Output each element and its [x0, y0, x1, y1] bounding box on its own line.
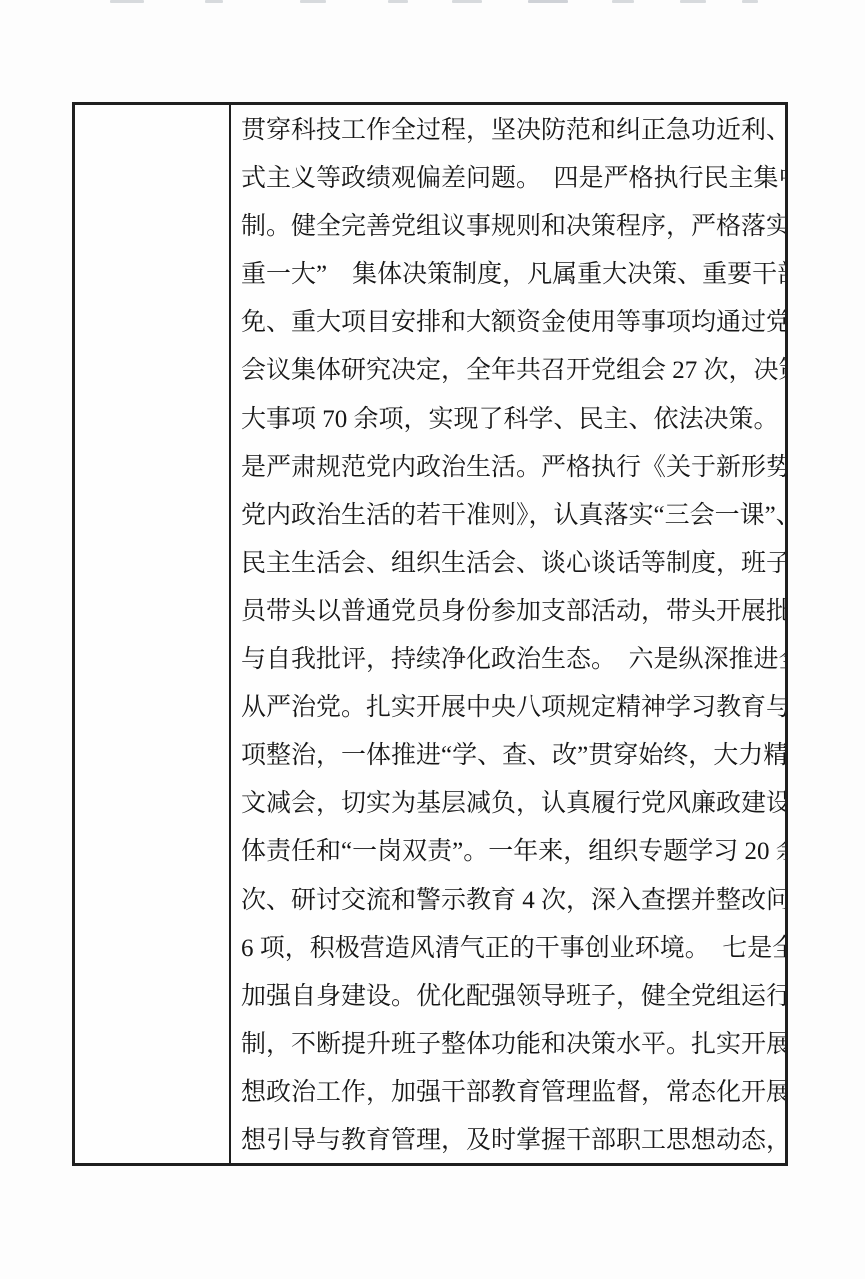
scan-artifact [528, 0, 568, 3]
text-line: 会议集体研究决定，全年共召开党组会 27 次，决策重 [241, 347, 772, 395]
text-line: 体责任和“一岗双责”。一年来，组织专题学习 20 余 [241, 828, 772, 876]
text-line: 是严肃规范党内政治生活。严格执行《关于新形势下 [241, 444, 772, 492]
label-cell [75, 105, 231, 1163]
text-line: 制。健全完善党组议事规则和决策程序，严格落实“三 [241, 203, 772, 251]
text-line: 想引导与教育管理，及时掌握干部职工思想动态，主 [241, 1117, 772, 1163]
scan-artifact [742, 0, 758, 3]
text-line: 制，不断提升班子整体功能和决策水平。扎实开展思 [241, 1021, 772, 1069]
scan-artifact [680, 0, 706, 3]
text-line: 贯穿科技工作全过程，坚决防范和纠正急功近利、形 [241, 107, 772, 155]
text-line: 想政治工作，加强干部教育管理监督，常态化开展思 [241, 1069, 772, 1117]
scan-artifact [388, 0, 408, 3]
scan-artifact [110, 0, 144, 3]
text-line: 免、重大项目安排和大额资金使用等事项均通过党组 [241, 299, 772, 347]
text-line: 民主生活会、组织生活会、谈心谈话等制度，班子成 [241, 540, 772, 588]
text-line: 重一大” 集体决策制度，凡属重大决策、重要干部任 [241, 251, 772, 299]
scan-artifact [300, 0, 326, 3]
text-line: 从严治党。扎实开展中央八项规定精神学习教育与专 [241, 684, 772, 732]
text-line: 次、研讨交流和警示教育 4 次，深入查摆并整改问题 [241, 877, 772, 925]
text-line: 文减会，切实为基层减负，认真履行党风廉政建设主 [241, 780, 772, 828]
content-cell: 贯穿科技工作全过程，坚决防范和纠正急功近利、形 式主义等政绩观偏差问题。 四是严… [231, 105, 785, 1163]
text-line: 员带头以普通党员身份参加支部活动，带头开展批评 [241, 588, 772, 636]
text-line: 式主义等政绩观偏差问题。 四是严格执行民主集中 [241, 155, 772, 203]
text-line: 加强自身建设。优化配强领导班子，健全党组运行机 [241, 973, 772, 1021]
text-line: 大事项 70 余项，实现了科学、民主、依法决策。 五 [241, 396, 772, 444]
scan-artifact [612, 0, 634, 3]
scan-artifact [205, 0, 223, 3]
scan-artifact [452, 0, 482, 3]
text-line: 党内政治生活的若干准则》，认真落实“三会一课”、 [241, 492, 772, 540]
text-line: 与自我批评，持续净化政治生态。 六是纵深推进全面 [241, 636, 772, 684]
text-line: 项整治，一体推进“学、查、改”贯穿始终，大力精 [241, 732, 772, 780]
text-line: 6 项，积极营造风清气正的干事创业环境。 七是全面 [241, 925, 772, 973]
document-table: 贯穿科技工作全过程，坚决防范和纠正急功近利、形 式主义等政绩观偏差问题。 四是严… [72, 102, 788, 1166]
